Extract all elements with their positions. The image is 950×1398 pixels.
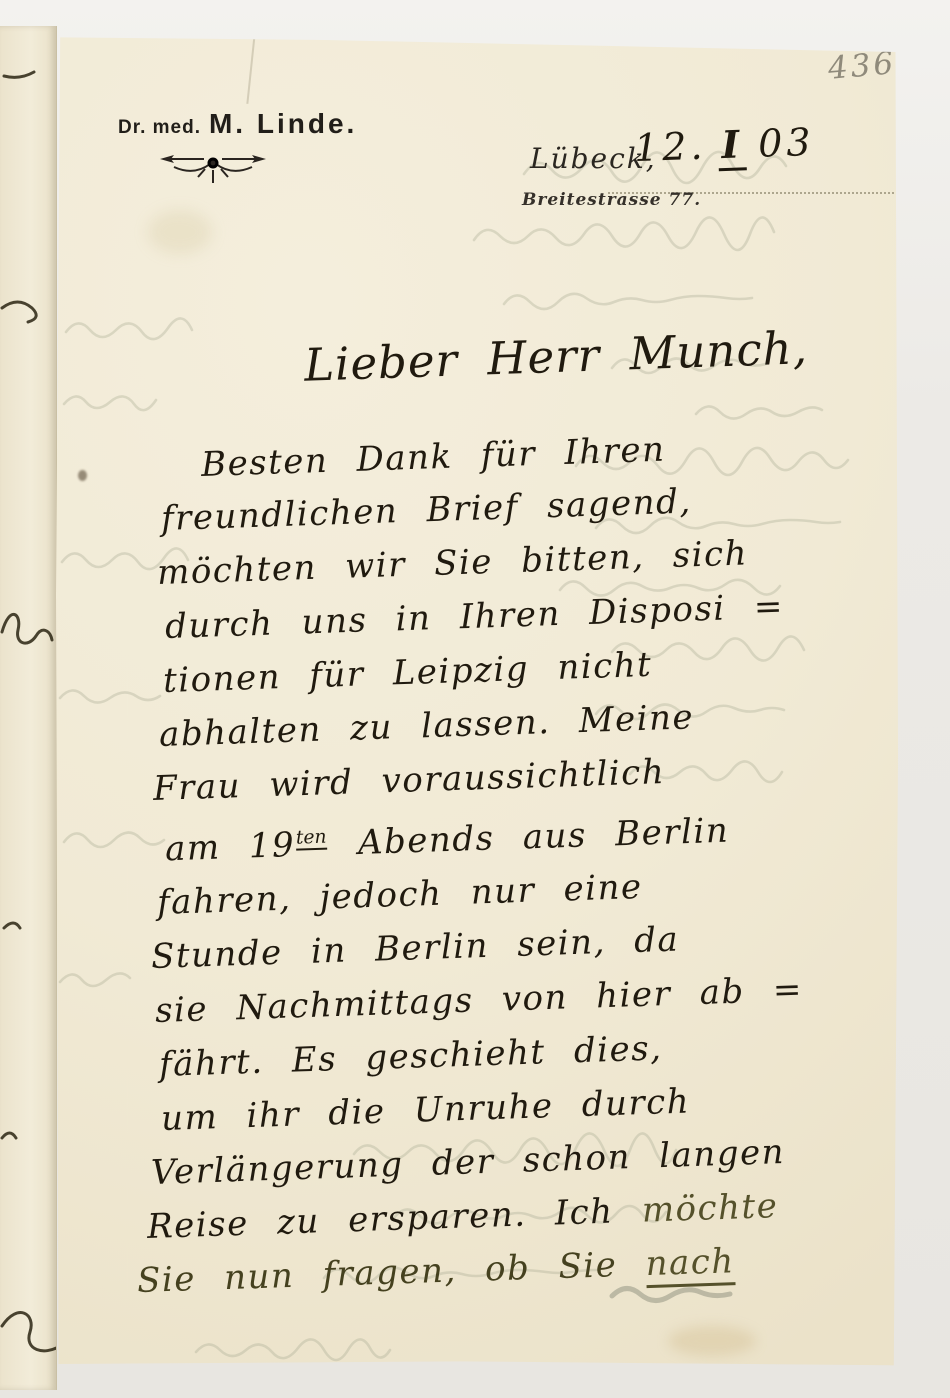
- salutation-line: Lieber Herr Munch,: [303, 321, 808, 392]
- letterhead-name: M. Linde.: [209, 108, 357, 139]
- foxing-stain: [148, 210, 212, 254]
- photo-backdrop: 436 Dr. med.M. Linde. Lübeck, 12.I03 Bre…: [0, 0, 950, 1398]
- line8-prefix: am 19: [164, 825, 295, 869]
- date-day: 12.: [633, 124, 707, 171]
- letterhead-degree: Dr. med.: [118, 117, 201, 138]
- superscript-ten: ten: [296, 827, 327, 851]
- archival-number-pencil: 436: [827, 45, 898, 87]
- letterhead-ornament-icon: [158, 146, 268, 186]
- line16-prefix: Sie nun fragen, ob Sie: [136, 1244, 646, 1301]
- letterhead-street: Breitestrasse 77.: [522, 190, 701, 210]
- handwritten-date: 12.I03: [633, 119, 815, 174]
- foxing-stain: [78, 470, 87, 481]
- letter-sheet: 436 Dr. med.M. Linde. Lübeck, 12.I03 Bre…: [56, 34, 898, 1368]
- foxing-stain: [668, 1326, 756, 1356]
- letterhead: Dr. med.M. Linde.: [118, 108, 357, 140]
- date-month-roman: I: [718, 121, 747, 171]
- underlined-word-nach: nach: [645, 1242, 736, 1289]
- date-year: 03: [757, 120, 815, 166]
- adjacent-page-sliver: [0, 26, 57, 1390]
- line8-rest: Abends aus Berlin: [329, 811, 730, 864]
- ink-fragment-strokes: [0, 26, 56, 1390]
- line15-moechte: möchte: [641, 1186, 779, 1231]
- letter-body: Besten Dank für Ihren freundlichen Brief…: [152, 438, 912, 1308]
- paper-crease: [246, 34, 255, 104]
